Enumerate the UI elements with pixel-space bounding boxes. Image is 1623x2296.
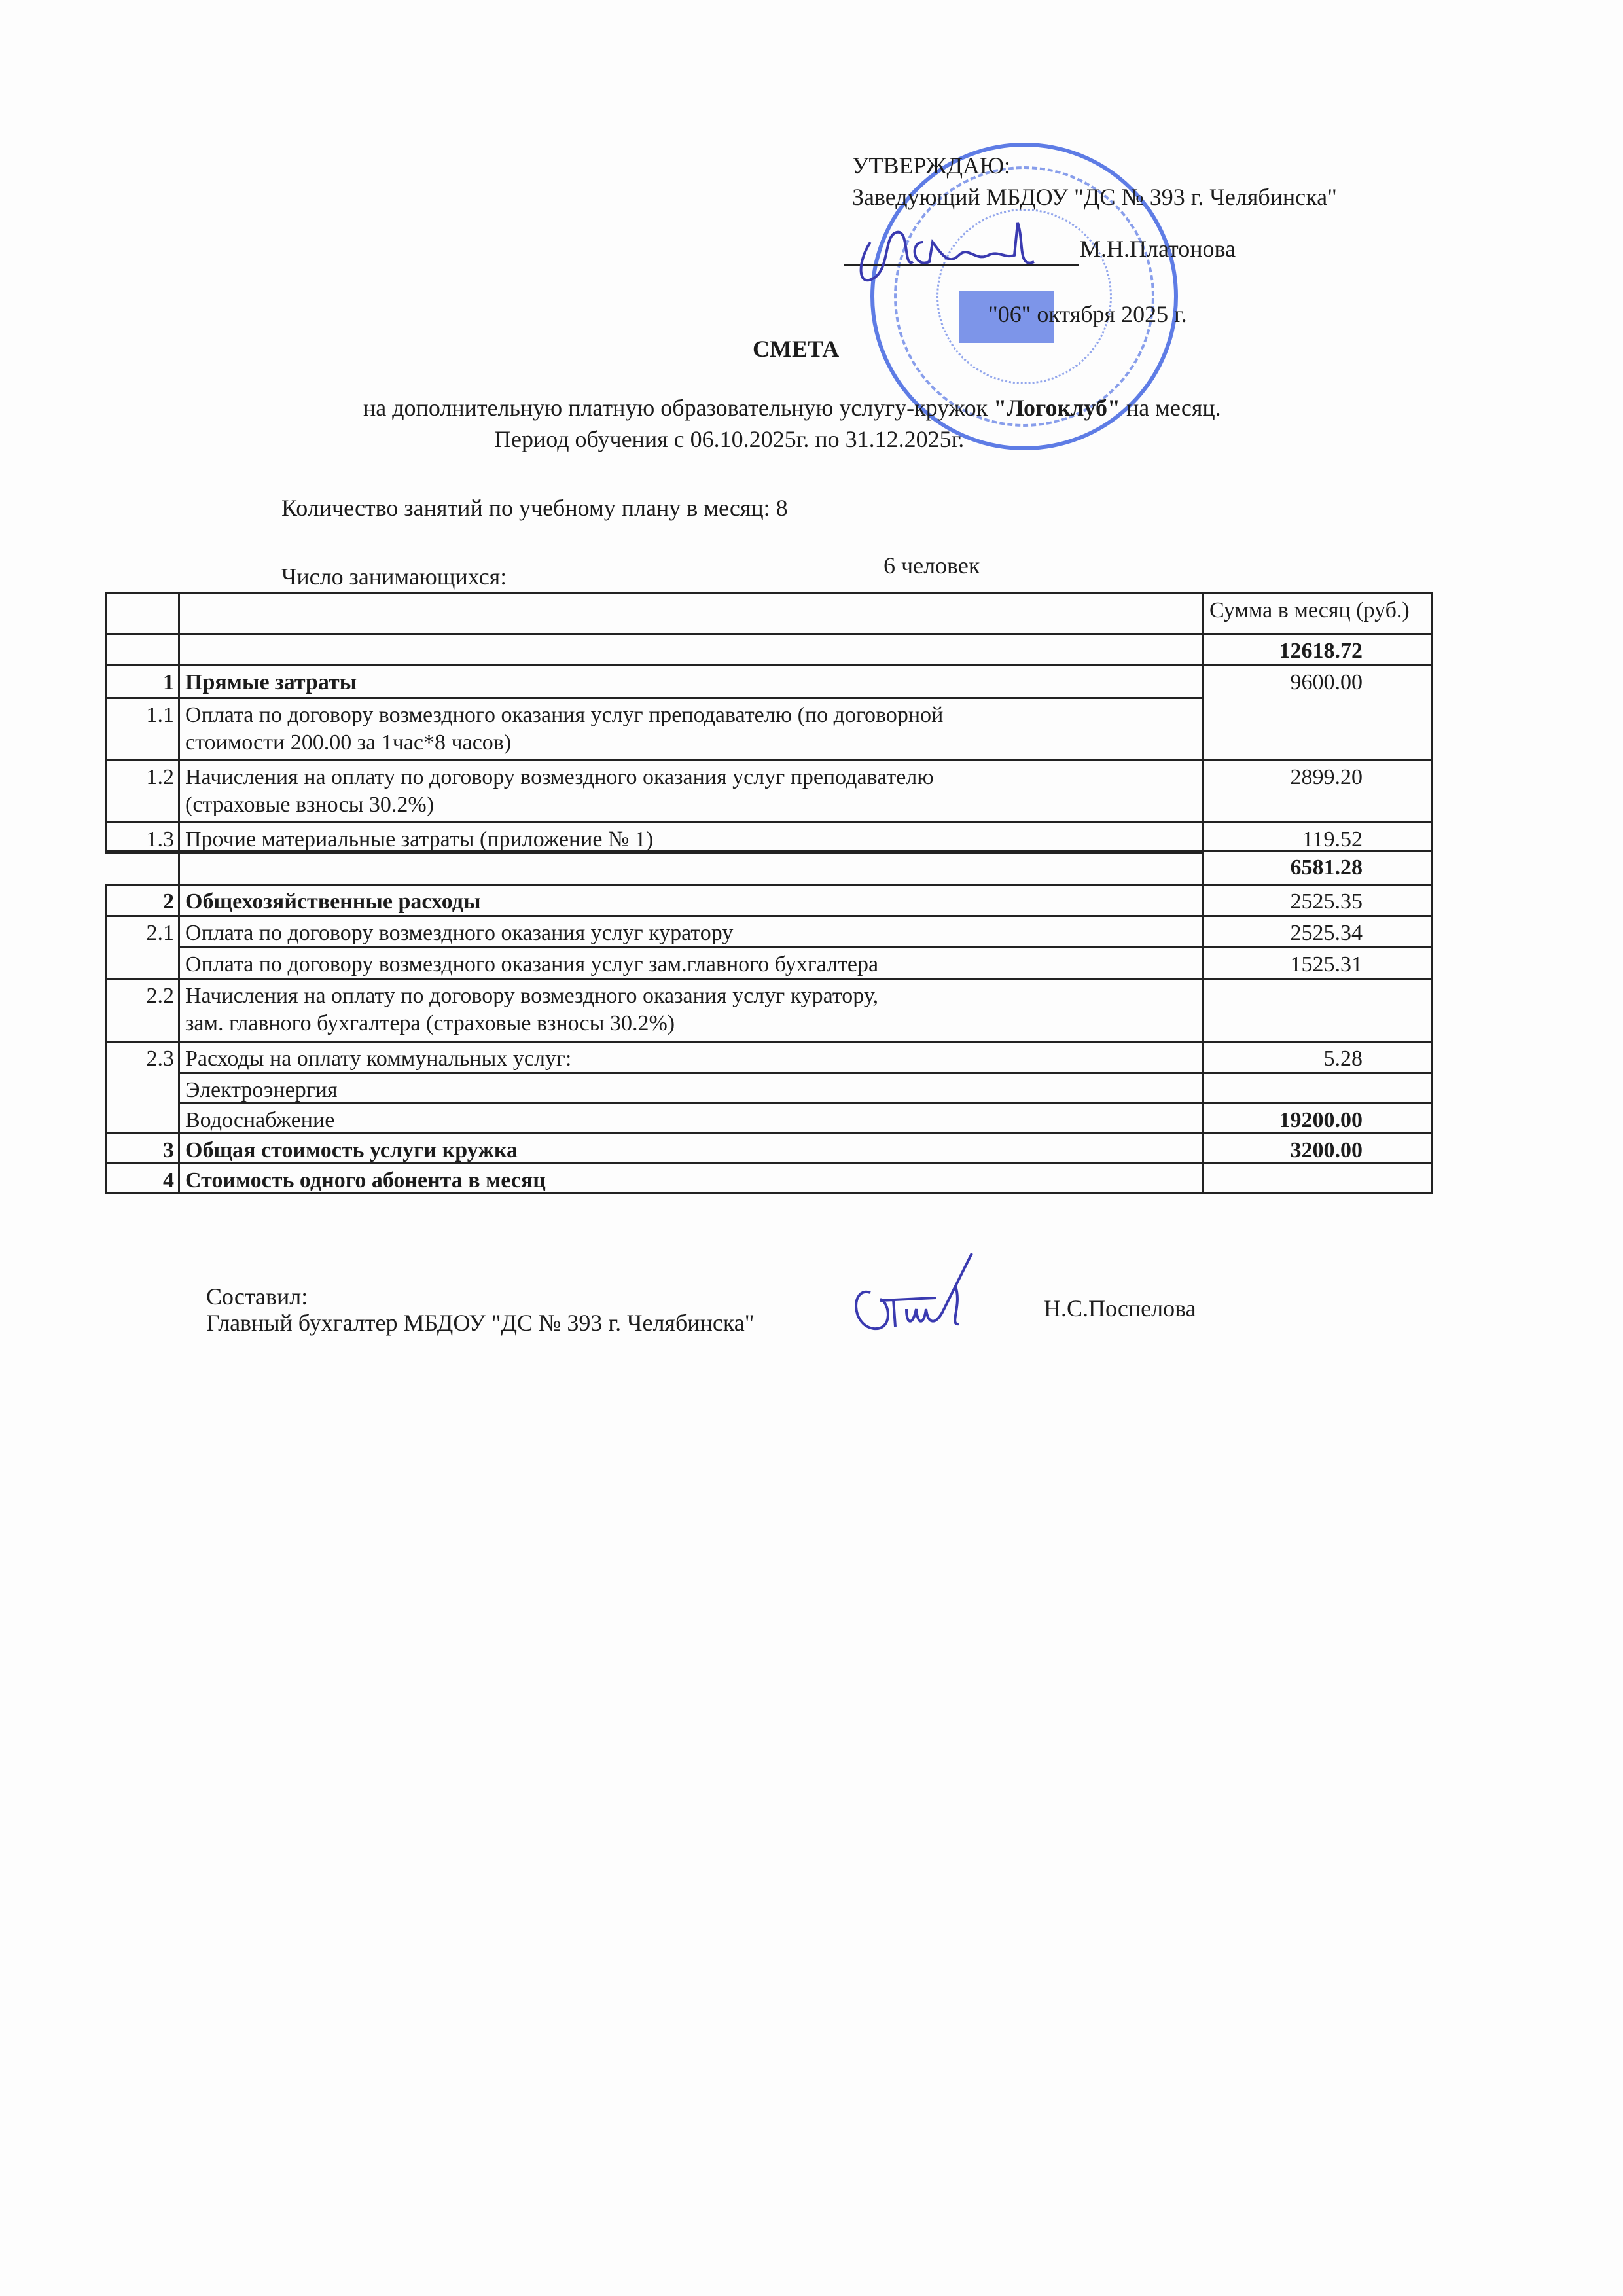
approval-position: Заведующий МБДОУ "ДС № 393 г. Челябинска…: [852, 185, 1337, 209]
composed-by-label: Составил:: [206, 1283, 308, 1310]
row-sum: 2525.35: [1204, 886, 1363, 916]
row-label-line2: стоимости 200.00 за 1час*8 часов): [185, 729, 1202, 757]
row-sum: 9600.00: [1204, 666, 1363, 696]
table-row: 3 Общая стоимость услуги кружка 3200.00: [105, 1132, 1433, 1162]
row-sum: 5.28: [1204, 1043, 1363, 1073]
sum-column-header: Сумма в месяц (руб.): [1209, 594, 1431, 624]
row-label: Оплата по договору возмездного оказания …: [185, 948, 1202, 978]
table-row: 4 Стоимость одного абонента в месяц: [105, 1162, 1433, 1194]
row-number: 1.2: [107, 761, 174, 791]
approver-signature: [851, 216, 1086, 295]
subtitle-text: на дополнительную платную образовательну…: [363, 395, 993, 421]
table-row: 1.2 Начисления на оплату по договору воз…: [105, 759, 1433, 821]
row-label: Электроэнергия: [185, 1074, 1202, 1104]
approval-heading: УТВЕРЖДАЮ:: [852, 154, 1010, 177]
row-label-line1: Оплата по договору возмездного оказания …: [185, 699, 1202, 729]
row-number: 2: [107, 886, 174, 916]
students-label: Число занимающихся:: [281, 563, 507, 590]
table-row: Электроэнергия: [105, 1072, 1433, 1102]
row-label: Оплата по договору возмездного оказания …: [185, 917, 1202, 947]
row-number: 2.3: [107, 1043, 174, 1073]
row-label: Прямые затраты: [185, 666, 1202, 696]
table-row: 6581.28: [105, 850, 1433, 884]
table-row: 2.1 Оплата по договору возмездного оказа…: [105, 915, 1433, 946]
approval-date: "06" октября 2025 г.: [988, 302, 1187, 326]
table-header-row: Сумма в месяц (руб.): [105, 592, 1433, 633]
lessons-per-month: Количество занятий по учебному плану в м…: [281, 494, 788, 522]
row-label: Расходы на оплату коммунальных услуг:: [185, 1043, 1202, 1073]
row-label: Стоимость одного абонента в месяц: [185, 1164, 1202, 1194]
row-number: 2.2: [107, 980, 174, 1010]
row-sum: 2899.20: [1204, 761, 1363, 791]
table-row: 1 Прямые затраты 9600.00: [105, 664, 1433, 697]
row-sum: 3200.00: [1204, 1134, 1363, 1164]
document-page: УТВЕРЖДАЮ: Заведующий МБДОУ "ДС № 393 г.…: [0, 0, 1623, 2296]
row-label: Общая стоимость услуги кружка: [185, 1134, 1202, 1164]
row-label-line1: Начисления на оплату по договору возмезд…: [185, 761, 1202, 791]
table-row: Оплата по договору возмездного оказания …: [105, 946, 1433, 978]
row-number: 3: [107, 1134, 174, 1164]
row-number: 2.1: [107, 917, 174, 947]
table-row: 12618.72: [105, 633, 1433, 664]
students-count: 6 человек: [883, 552, 980, 579]
document-subtitle: на дополнительную платную образовательну…: [363, 394, 1221, 422]
row-number: 1.1: [107, 699, 174, 729]
document-title: СМЕТА: [753, 335, 839, 363]
table-row: 2.3 Расходы на оплату коммунальных услуг…: [105, 1041, 1433, 1072]
row-label: Общехозяйственные расходы: [185, 886, 1202, 916]
row-label-line1: Начисления на оплату по договору возмезд…: [185, 980, 1202, 1010]
table-row: 1.1 Оплата по договору возмездного оказа…: [105, 697, 1433, 759]
row-sum: 1525.31: [1204, 948, 1363, 978]
row-label: Водоснабжение: [185, 1104, 1202, 1134]
section2-subtotal: 6581.28: [1204, 852, 1363, 882]
row-number: 4: [107, 1164, 174, 1194]
row-number: 1: [107, 666, 174, 696]
table-row: 2.2 Начисления на оплату по договору воз…: [105, 978, 1433, 1041]
row-label-line2: зам. главного бухгалтера (страховые взно…: [185, 1010, 1202, 1037]
row-sum: 2525.34: [1204, 917, 1363, 947]
study-period: Период обучения с 06.10.2025г. по 31.12.…: [494, 425, 964, 453]
subtitle-suffix: на месяц.: [1120, 395, 1221, 421]
accountant-signature: [844, 1247, 1014, 1338]
section1-subtotal: 12618.72: [1204, 635, 1363, 665]
club-name: "Логоклуб": [993, 395, 1120, 421]
approver-name: М.Н.Платонова: [1080, 237, 1236, 260]
composer-name: Н.С.Поспелова: [1044, 1295, 1196, 1322]
table-row: Водоснабжение 19200.00: [105, 1102, 1433, 1132]
row-sum: 19200.00: [1204, 1104, 1363, 1134]
table-row: 2 Общехозяйственные расходы 2525.35: [105, 884, 1433, 915]
composer-position: Главный бухгалтер МБДОУ "ДС № 393 г. Чел…: [206, 1309, 754, 1336]
row-label-line2: (страховые взносы 30.2%): [185, 791, 1202, 819]
